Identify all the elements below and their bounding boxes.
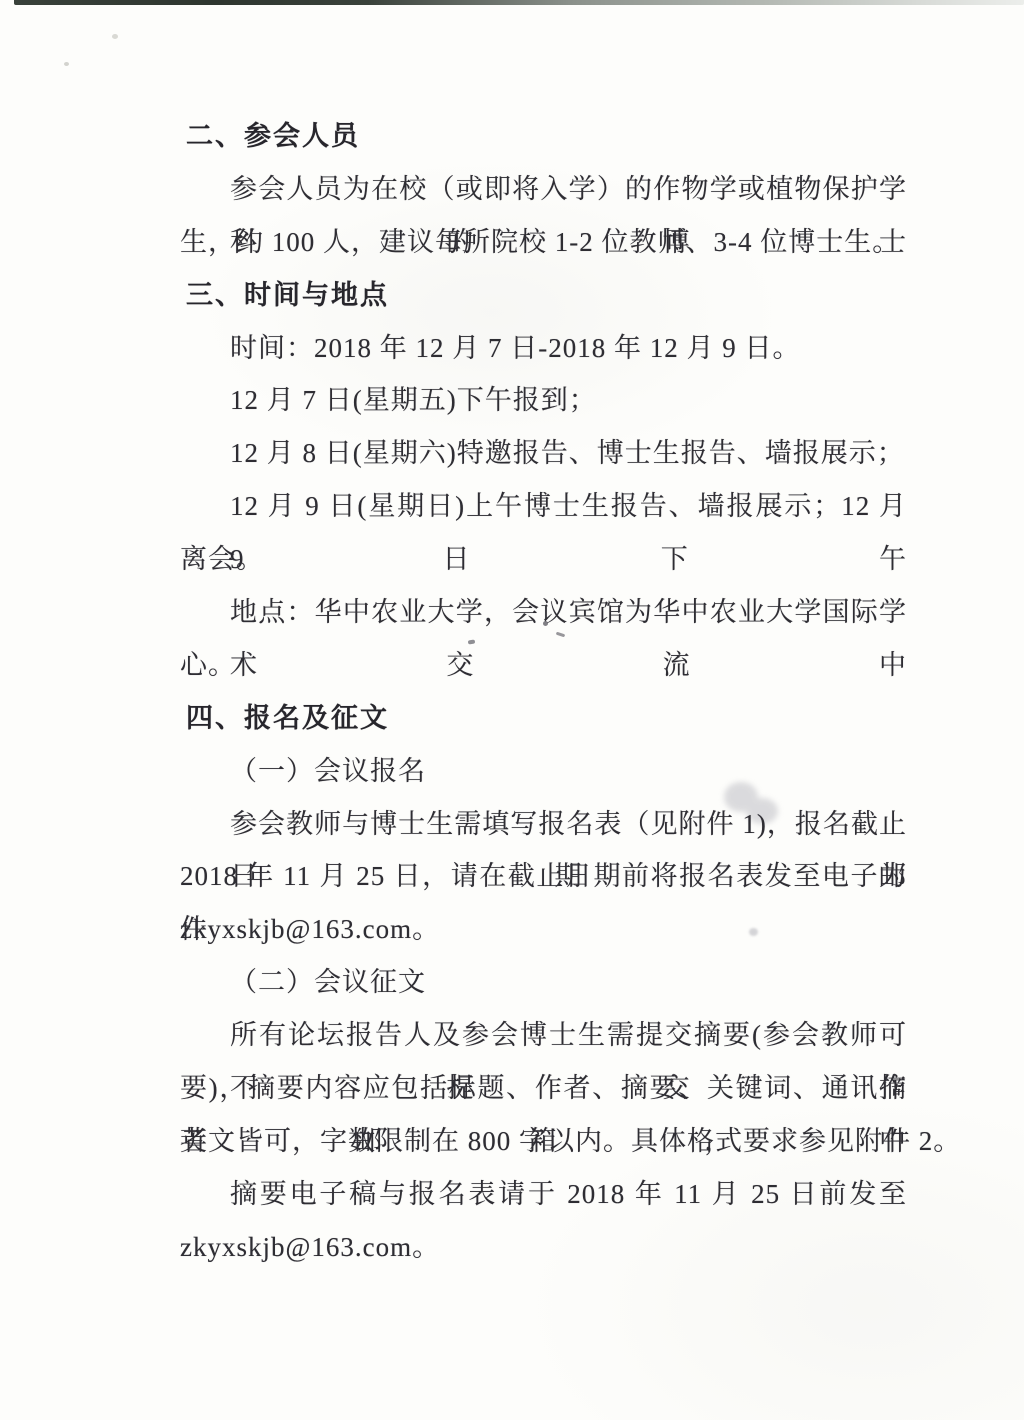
text-line: 英文皆可，字数限制在 800 字以内。具体格式要求参见附件 2。 [180, 1115, 907, 1168]
text-line: 12 月 8 日(星期六)特邀报告、博士生报告、墙报展示； [180, 427, 907, 480]
scan-speck [64, 62, 69, 66]
scanner-edge-artifact [14, 0, 1024, 5]
document-body: 二、参会人员参会人员为在校（或即将入学）的作物学或植物保护学科的博士生，约 10… [180, 110, 907, 1274]
text-line: 2018 年 11 月 25 日，请在截止日期前将报名表发至电子邮件 [180, 850, 907, 903]
text-line: 12 月 7 日(星期五)下午报到； [180, 374, 907, 427]
section-heading: 三、时间与地点 [180, 269, 907, 322]
text-line: zkyxskjb@163.com。 [180, 903, 907, 956]
text-line: （一）会议报名 [180, 745, 907, 798]
scan-speck [112, 34, 118, 39]
section-heading: 四、报名及征文 [180, 692, 907, 745]
text-line: 所有论坛报告人及参会博士生需提交摘要(参会教师可不提交摘 [180, 1009, 907, 1062]
text-line: （二）会议征文 [180, 956, 907, 1009]
text-line: 参会人员为在校（或即将入学）的作物学或植物保护学科的博士 [180, 163, 907, 216]
section-heading: 二、参会人员 [180, 110, 907, 163]
text-line: 地点：华中农业大学，会议宾馆为华中农业大学国际学术交流中 [180, 586, 907, 639]
text-line: zkyxskjb@163.com。 [180, 1221, 907, 1274]
text-line: 生，约 100 人，建议每所院校 1-2 位教师、3-4 位博士生。 [180, 216, 907, 269]
text-line: 摘要电子稿与报名表请于 2018 年 11 月 25 日前发至 [180, 1168, 907, 1221]
text-line: 参会教师与博士生需填写报名表（见附件 1)，报名截止日期为 [180, 798, 907, 851]
text-line: 要)，摘要内容应包括标题、作者、摘要、关键词、通讯作者邮箱，中 [180, 1062, 907, 1115]
text-line: 12 月 9 日(星期日)上午博士生报告、墙报展示；12 月 9 日下午 [180, 480, 907, 533]
text-line: 时间：2018 年 12 月 7 日-2018 年 12 月 9 日。 [180, 322, 907, 375]
